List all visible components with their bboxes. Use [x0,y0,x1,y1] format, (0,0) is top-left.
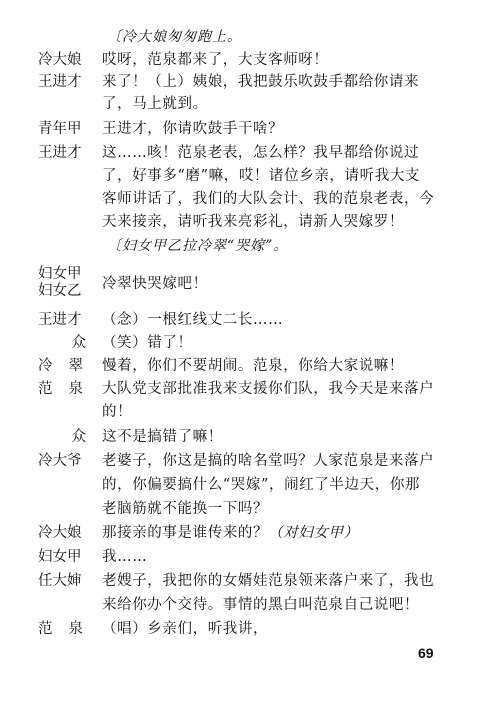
speaker-name: 范泉 [38,380,96,398]
speaker-name: 妇女乙 [38,283,82,299]
dialogue-continuation: 天来接亲，请听我来亮彩礼，请新人哭嫁罗！ [102,213,404,231]
dialogue-continuation: 的，你偏要搞什么“哭嫁”，闹红了半边天，你那 [102,476,420,494]
dialogue-text: 大队党支部批准我来支援你们队，我今天是来落户 [102,380,434,398]
dialogue-continuation: 的！ [102,403,132,421]
dialogue-text: 我…… [102,548,147,566]
speaker-name: 范泉 [38,620,96,638]
dialogue-text: （笑）错了！ [102,334,193,352]
stage-direction: 〔冷大娘匆匆跑上。 [107,28,242,46]
speaker-name: 任大婶 [38,572,96,590]
dialogue-continuation: 了，好事多“磨”嘛，哎！诸位乡亲，请听我大支 [102,167,420,185]
dialogue-text: 老婆子，你这是搞的啥名堂吗？人家范泉是来落户 [102,452,434,470]
dialogue-continuation: 客师讲话了，我们的大队会计、我的范泉老表，今 [102,190,434,208]
dialogue-text: （唱）乡亲们，听我讲， [102,620,268,638]
dialogue-text: 慢着，你们不要胡闹。范泉，你给大家说嘛！ [102,357,404,375]
dialogue-continuation: 老脑筋就不能换一下吗？ [102,500,268,518]
stage-aside: （对妇女甲） [268,525,359,541]
speaker-name: 冷翠 [38,357,96,375]
dialogue-continuation: 来给你办个交待。事情的黑白叫范泉自己说吧！ [102,596,419,614]
dialogue-continuation: 了，马上就到。 [102,95,208,113]
stage-direction: 〔妇女甲乙拉冷翠“哭嫁”。 [107,237,288,255]
dialogue-text: 来了！（上）姨娘，我把鼓乐吹鼓手都给你请来 [102,73,419,91]
speaker-name: 冷大娘 [38,524,96,542]
speaker-name: 王进才 [38,73,96,91]
script-page: 〔冷大娘匆匆跑上。 冷大娘 哎呀，范泉都来了，大支客师呀！ 王进才 来了！（上）… [0,0,490,703]
speaker-name: 冷大娘 [38,51,96,69]
dialogue-text: 王进才，你请吹鼓手干啥？ [102,120,283,138]
dialogue-text: （念）一根红线丈二长…… [102,311,283,329]
dialogue-text: 这……咳！范泉老表，怎么样？我早都给你说过 [102,144,419,162]
speaker-name: 妇女甲 [38,548,96,566]
speaker-name: 王进才 [38,311,96,329]
speaker-name: 众 [38,428,86,446]
speaker-name: 王进才 [38,144,96,162]
dialogue-text: 老嫂子，我把你的女婿娃范泉领来落户来了，我也 [102,572,434,590]
speaker-name: 妇女甲 [38,266,82,282]
dialogue-text: 那接亲的事是谁传来的？（对妇女甲） [102,524,359,542]
speaker-name: 众 [38,334,86,352]
speaker-name: 冷大爷 [38,452,96,470]
page-number: 69 [418,645,434,661]
dialogue-text: 哎呀，范泉都来了，大支客师呀！ [102,51,329,69]
dialogue-text: 这不是搞错了嘛！ [102,428,223,446]
dialogue-main: 那接亲的事是谁传来的？ [102,525,268,541]
speaker-name: 青年甲 [38,120,96,138]
dialogue-text: 冷翠快哭嫁吧！ [102,275,208,293]
